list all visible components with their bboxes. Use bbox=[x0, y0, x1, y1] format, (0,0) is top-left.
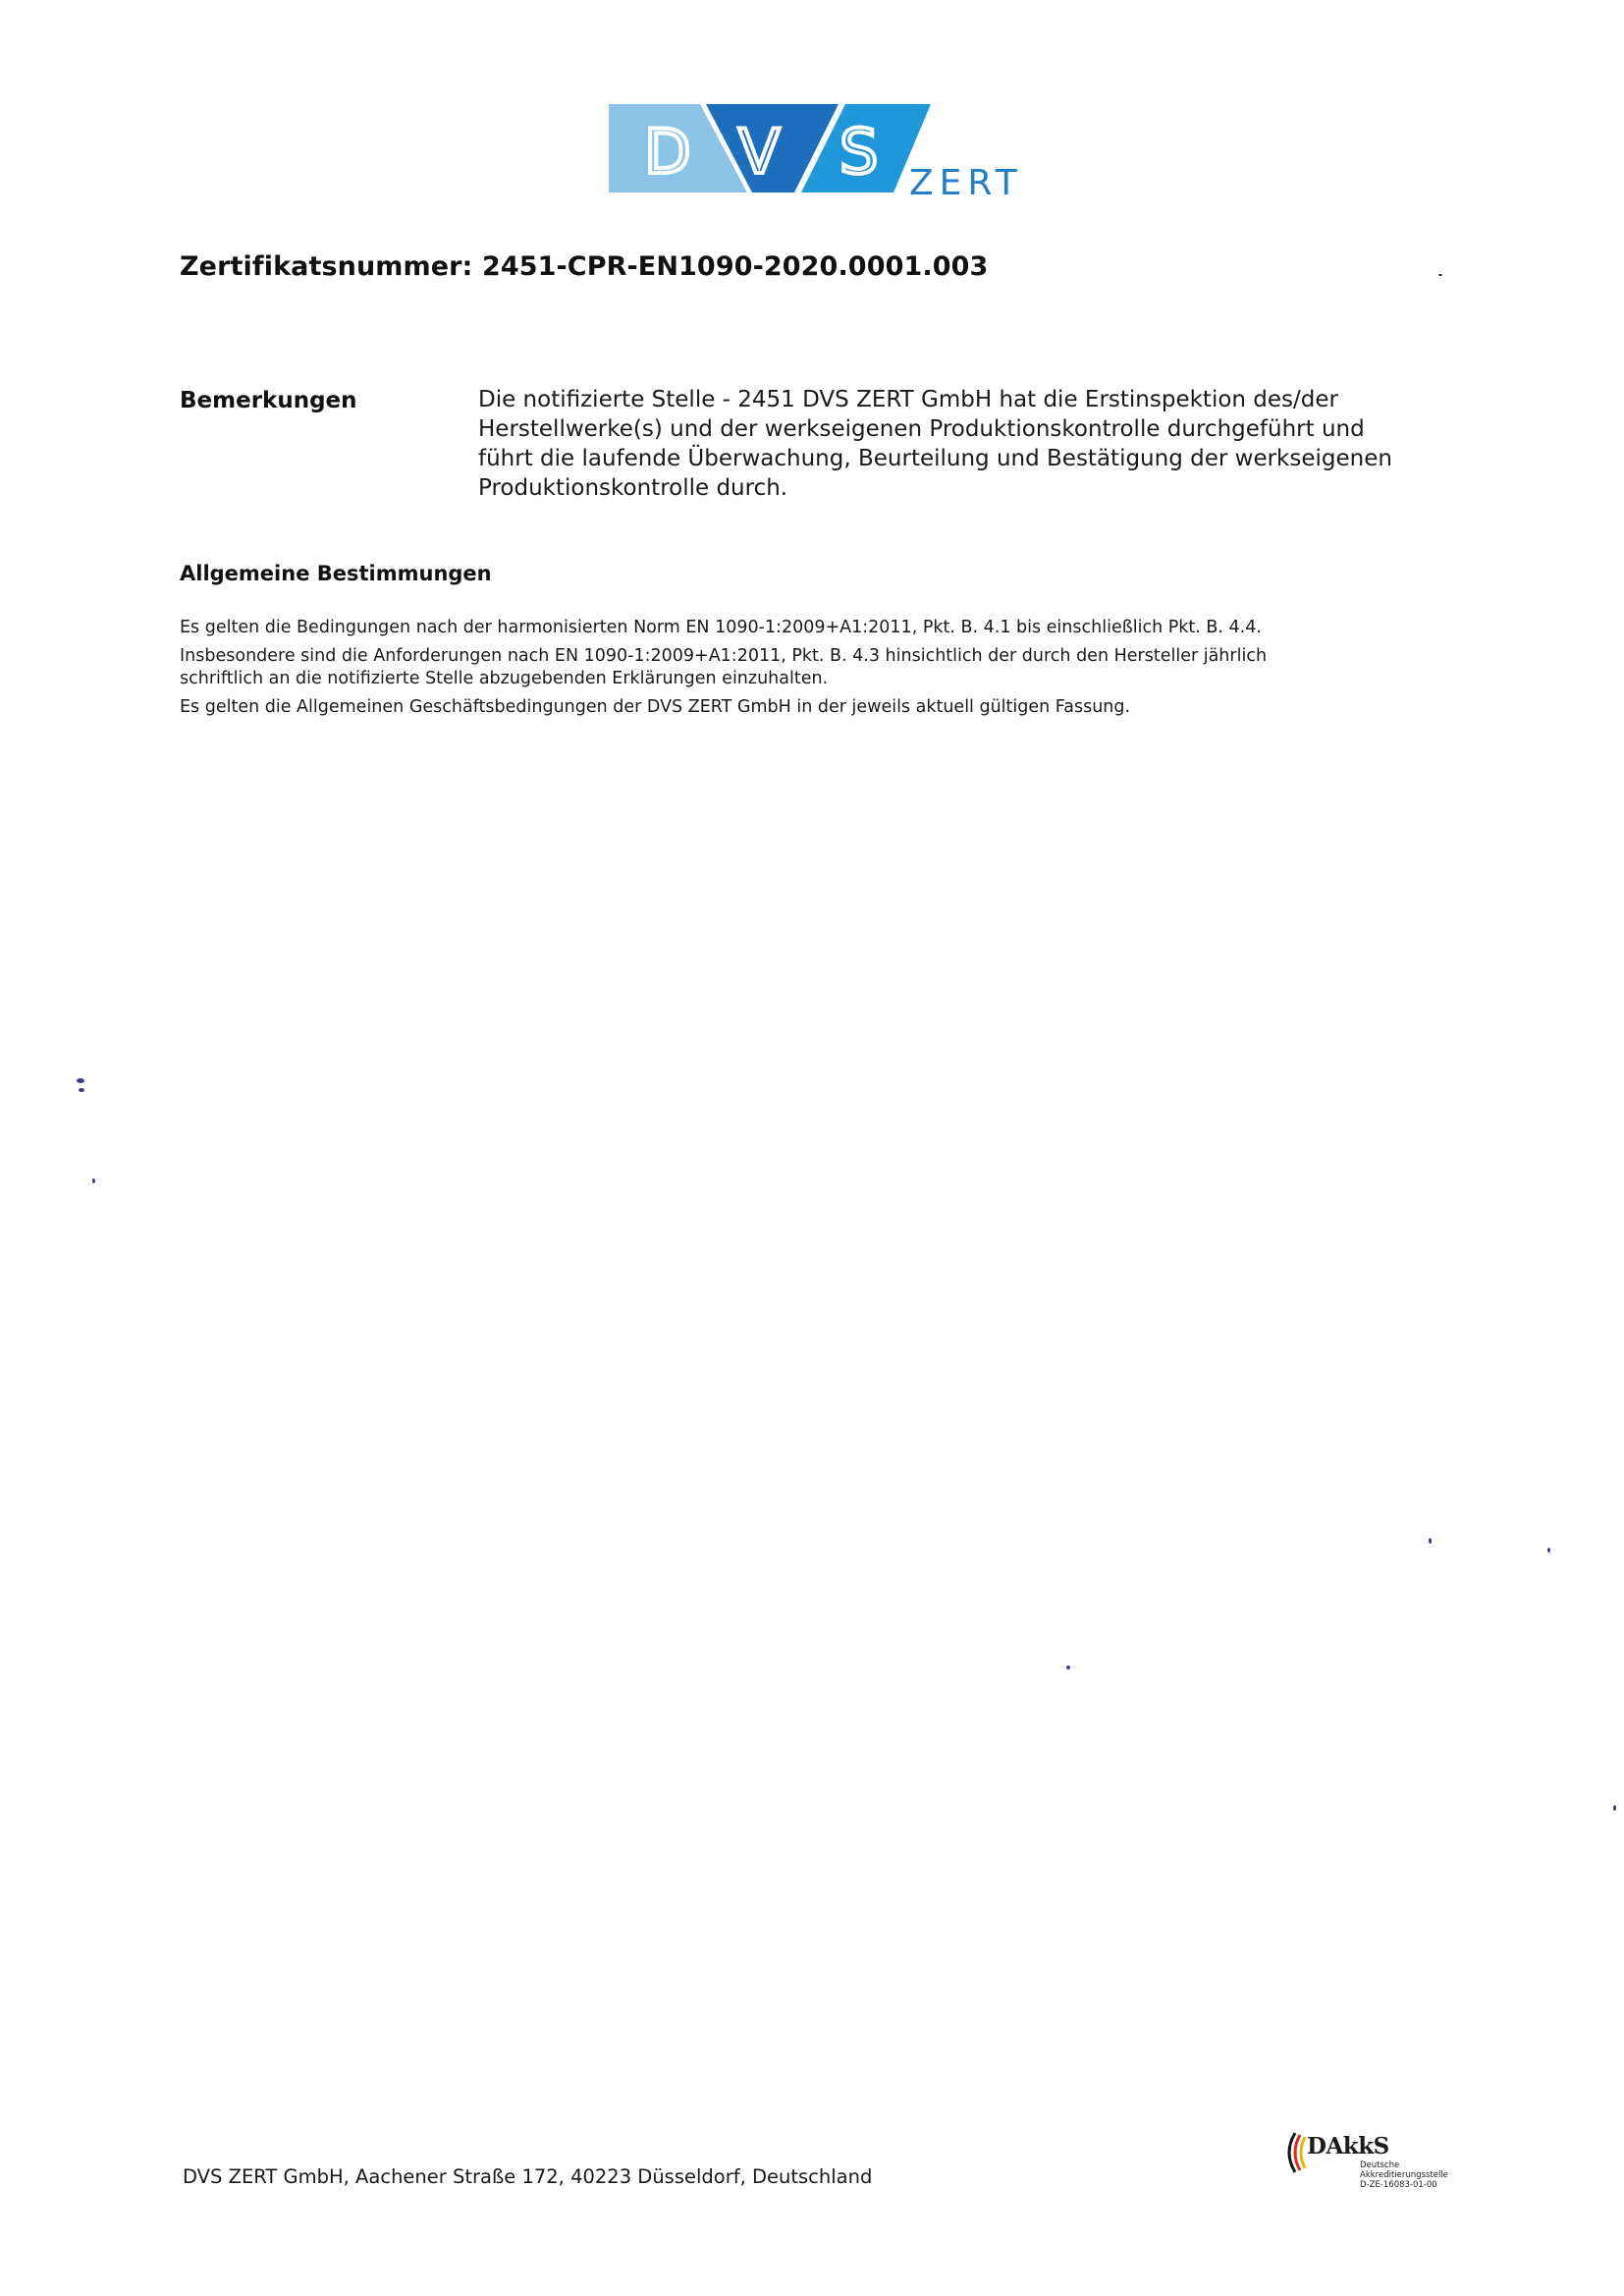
scan-speck bbox=[1613, 1805, 1616, 1811]
dakks-line-1: Deutsche bbox=[1360, 2160, 1448, 2170]
general-provisions-list: Es gelten die Bedingungen nach der harmo… bbox=[180, 617, 1289, 725]
logo-letter-d: D bbox=[644, 116, 691, 188]
provision-paragraph: Insbesondere sind die Anforderungen nach… bbox=[180, 645, 1289, 690]
certificate-number: Zertifikatsnummer: 2451-CPR-EN1090-2020.… bbox=[180, 251, 988, 282]
provision-paragraph: Es gelten die Bedingungen nach der harmo… bbox=[180, 617, 1289, 639]
dvs-zert-logo: D V S ZERT bbox=[607, 102, 1039, 200]
dakks-accreditation-mark: DAkkS Deutsche Akkreditierungsstelle D-Z… bbox=[1281, 2121, 1478, 2200]
dakks-line-2: Akkreditierungsstelle bbox=[1360, 2170, 1448, 2180]
logo-suffix: ZERT bbox=[909, 163, 1023, 200]
logo-letter-s: S bbox=[839, 116, 878, 188]
footer-address: DVS ZERT GmbH, Aachener Straße 172, 4022… bbox=[183, 2165, 872, 2188]
logo-graphic: D V S ZERT bbox=[607, 102, 1039, 200]
scan-speck bbox=[1438, 274, 1442, 276]
general-provisions-heading: Allgemeine Bestimmungen bbox=[180, 562, 492, 585]
remarks-text: Die notifizierte Stelle - 2451 DVS ZERT … bbox=[478, 385, 1421, 503]
scan-speck bbox=[79, 1088, 84, 1092]
scan-speck bbox=[1066, 1666, 1070, 1669]
dakks-details: Deutsche Akkreditierungsstelle D-ZE-1608… bbox=[1360, 2160, 1448, 2190]
dakks-line-3: D-ZE-16083-01-00 bbox=[1360, 2180, 1448, 2190]
remarks-label: Bemerkungen bbox=[180, 388, 357, 413]
provision-paragraph: Es gelten die Allgemeinen Geschäftsbedin… bbox=[180, 696, 1289, 719]
scan-speck bbox=[1547, 1548, 1550, 1553]
dakks-name: DAkkS bbox=[1307, 2133, 1389, 2159]
scan-speck bbox=[77, 1078, 84, 1083]
logo-letter-v: V bbox=[738, 116, 780, 188]
scan-speck bbox=[92, 1178, 95, 1183]
scan-speck bbox=[1429, 1538, 1432, 1544]
